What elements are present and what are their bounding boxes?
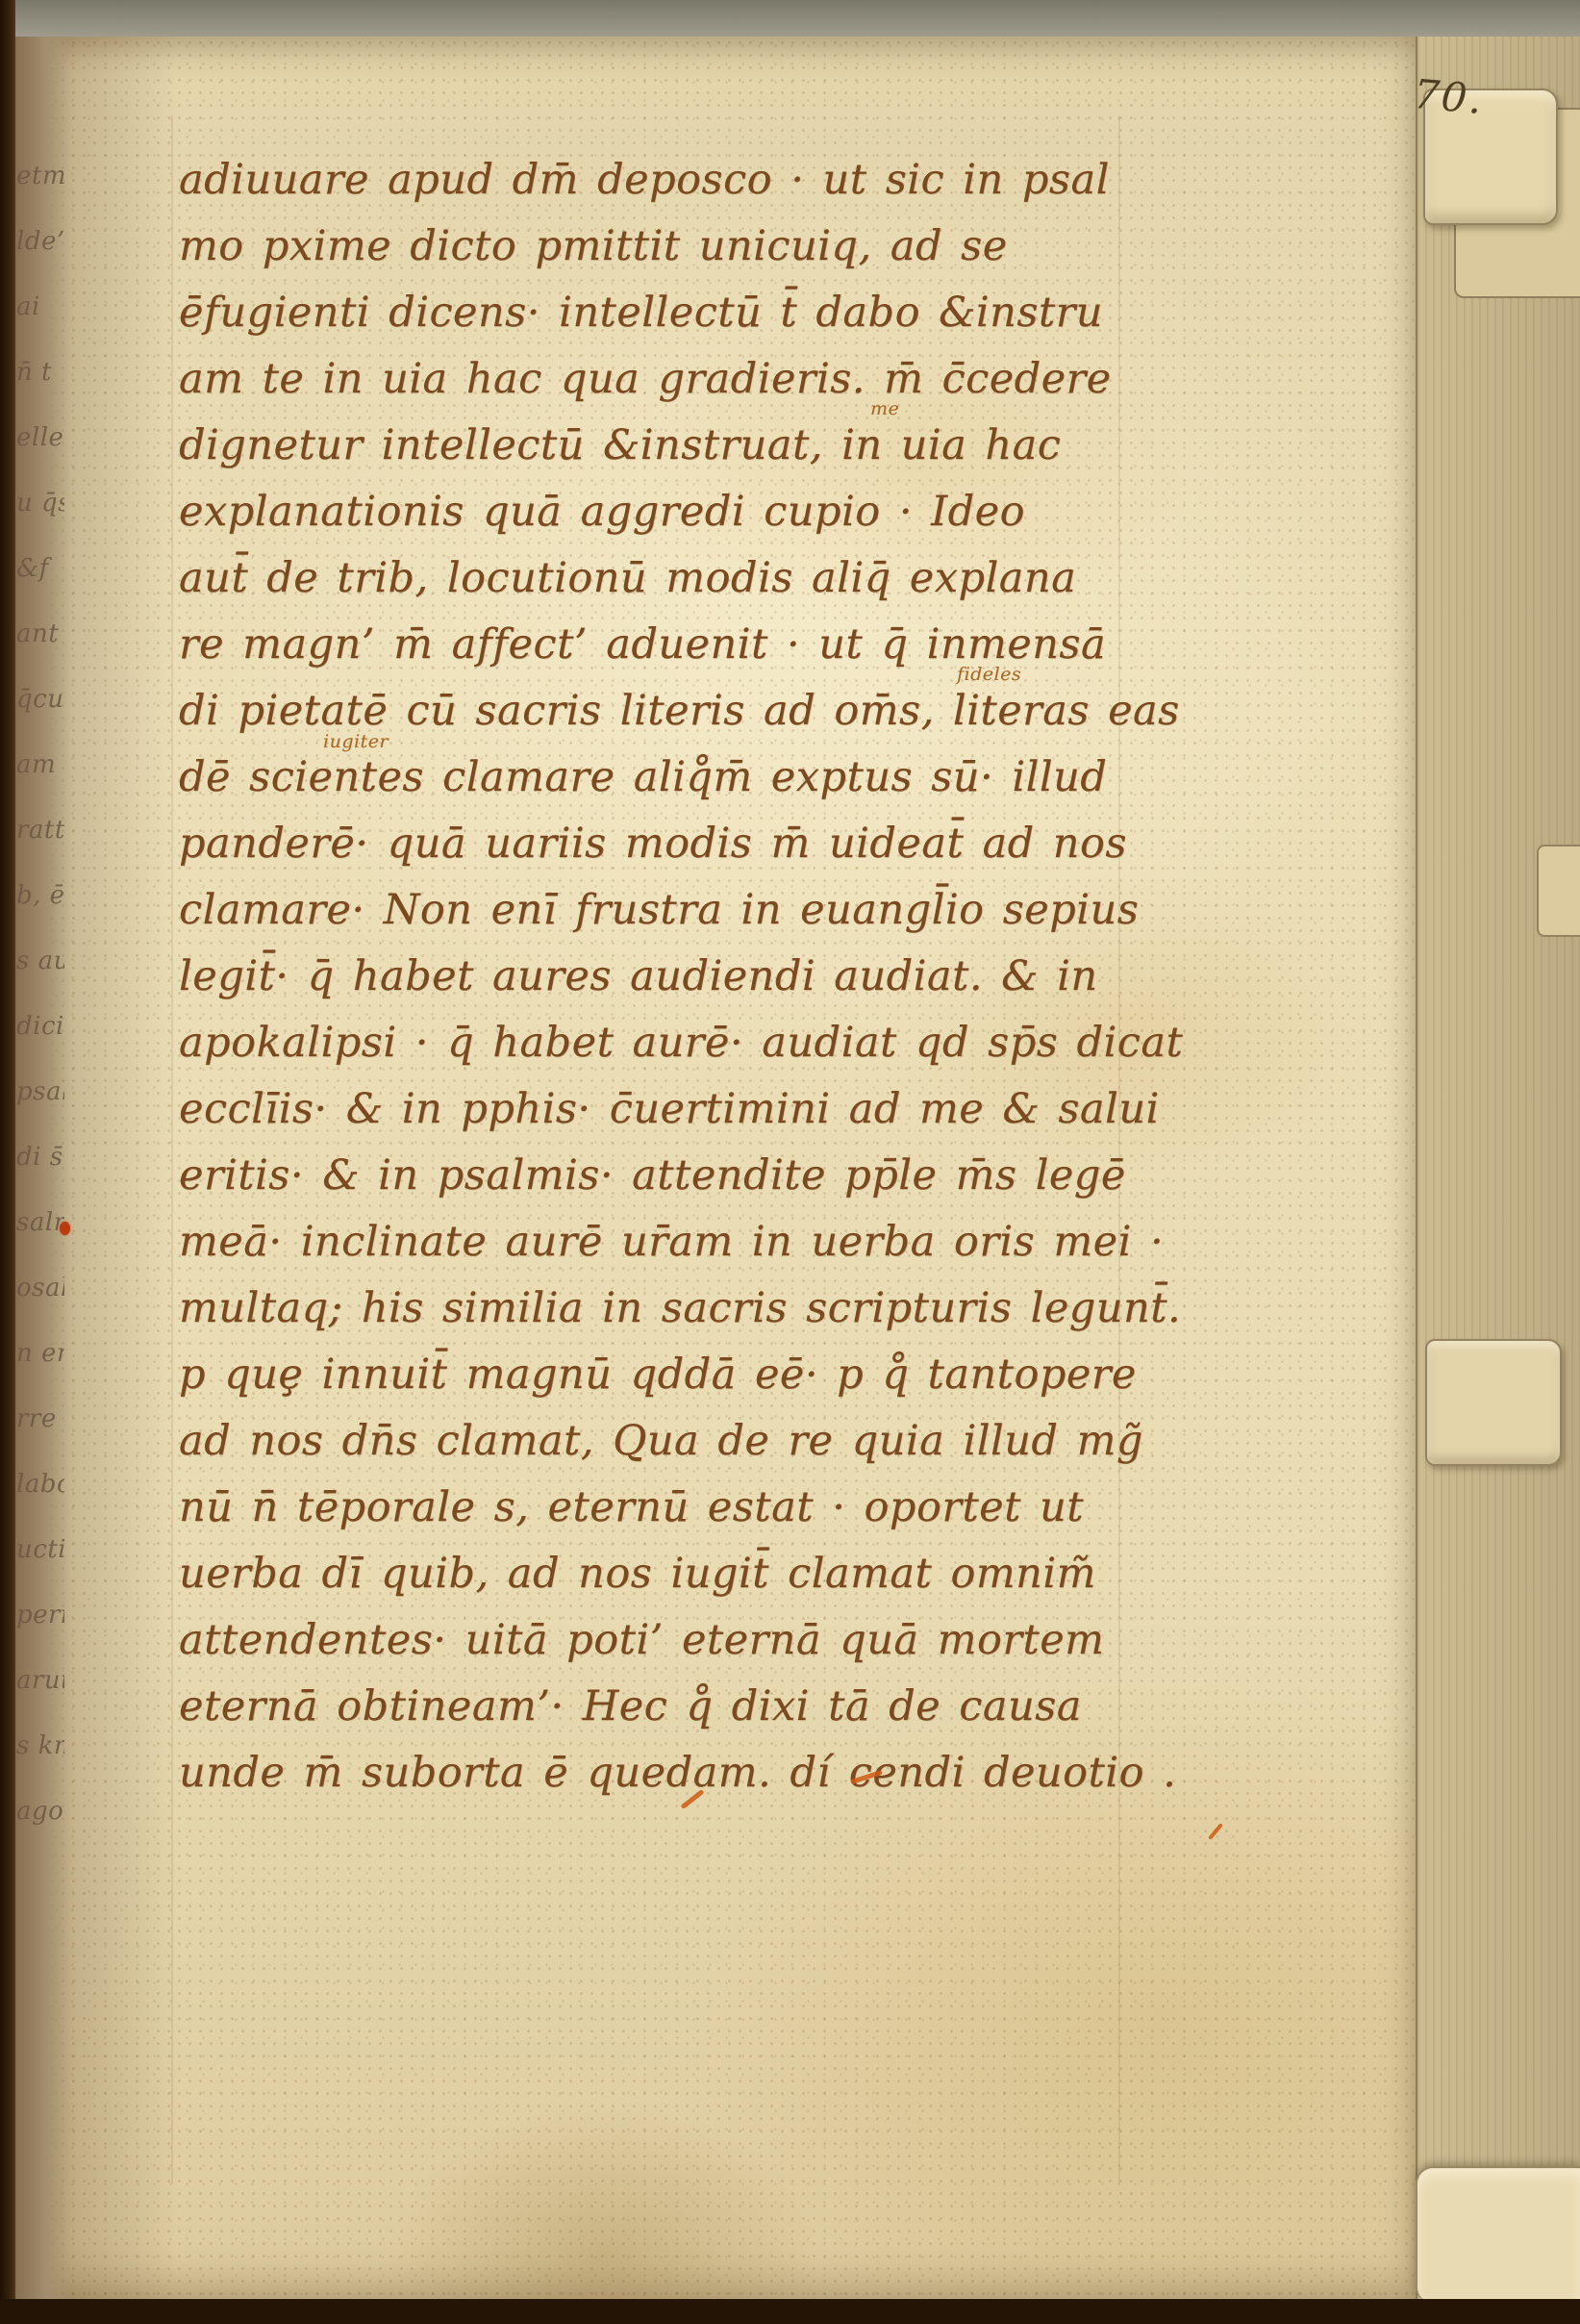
text-line: explanationis quā aggredi cupio · Ideo — [179, 488, 1314, 554]
text-line: nū n̄ tēporale s, eternū estat · oportet… — [179, 1483, 1314, 1550]
text-line: ecclīis· & in pphis· c̄uertimini ad me &… — [179, 1085, 1314, 1151]
text-line: aut̄ de trib, locutionū modis aliq̄ expl… — [179, 554, 1314, 620]
margin-fragment: am — [16, 750, 64, 793]
text-line: attendentes· uitā poti’ eternā quā morte… — [179, 1616, 1314, 1682]
text-line: legit̄· q̄ habet aures audiendi audiat. … — [179, 952, 1314, 1019]
text-line: unde m̄ suborta ē quedam. dí cendi deuot… — [179, 1749, 1314, 1815]
margin-fragment: u q̄s — [16, 489, 64, 531]
text-line: ad nos dn̄s clamat, Qua de re quia illud… — [179, 1417, 1314, 1483]
red-margin-dot — [60, 1222, 70, 1235]
ruling-line-left — [171, 115, 173, 2184]
margin-fragment: &f — [16, 554, 64, 596]
folio-number: 70. — [1412, 70, 1486, 123]
photo-background-bottom — [0, 2299, 1580, 2324]
text-line: eternā obtineam’· Hec q̊ dixi tā de caus… — [179, 1682, 1314, 1749]
text-line: multaq; his similia in sacris scripturis… — [179, 1284, 1314, 1351]
text-line: re magn’ m̄ affect’ aduenit · ut q̄ inme… — [179, 620, 1314, 687]
margin-fragment: osalm — [16, 1274, 64, 1316]
margin-fragment: arutl — [16, 1666, 64, 1708]
margin-fragment: psalm — [16, 1077, 64, 1120]
margin-fragment: labor — [16, 1470, 64, 1512]
margin-fragment: s aui — [16, 947, 64, 989]
text-line: ēfugienti dicens· intellectū t̄ dabo &in… — [179, 289, 1314, 355]
margin-fragment: peri pos — [16, 1601, 64, 1643]
text-line: p quȩ innuit̄ magnū qddā eē· p q̊ tantop… — [179, 1351, 1314, 1417]
fore-edge-stack — [1416, 37, 1580, 2299]
margin-fragment: agolla — [16, 1797, 64, 1839]
margin-fragment: elle — [16, 423, 64, 466]
photo-background-top — [0, 0, 1580, 38]
interlinear-gloss-me: me — [870, 398, 899, 419]
margin-fragment: dici m — [16, 1012, 64, 1054]
fore-edge-tab-lower — [1425, 1339, 1562, 1466]
book-binding-edge — [0, 0, 15, 2324]
text-line: eritis· & in psalmis· attendite pp̄le m̄… — [179, 1151, 1314, 1218]
margin-fragment: ai — [16, 292, 64, 335]
text-line: apokalipsi · q̄ habet aurē· audiat qd sp… — [179, 1019, 1314, 1085]
margin-fragment: ratton — [16, 816, 64, 858]
manuscript-photo: 70. etm lde’ ai n̄ t elle u q̄s &f ant q… — [0, 0, 1580, 2324]
margin-fragment: q̄cue — [16, 685, 64, 727]
margin-fragment: di s̄. l — [16, 1143, 64, 1185]
text-line: am te in uia hac qua gradieris. m̄ c̄ced… — [179, 355, 1314, 421]
text-line: adiuuare apud dm̄ deposco · ut sic in ps… — [179, 156, 1314, 222]
margin-fragment: etm — [16, 162, 64, 204]
text-line: meā· inclinate aurē ur̄am in uerba oris … — [179, 1218, 1314, 1284]
margin-fragment: b, ēstr — [16, 881, 64, 923]
text-line: uerba dī quib, ad nos iugit̄ clamat omni… — [179, 1550, 1314, 1616]
text-line: panderē· quā uariis modis m̄ uideat̄ ad … — [179, 820, 1314, 886]
margin-fragment: lde’ — [16, 227, 64, 269]
text-line: dignetur intellectū &instruat, in uia ha… — [179, 421, 1314, 488]
fore-edge-tab-middle — [1537, 845, 1580, 937]
text-line: clamare· Non enī frustra in euangl̄io se… — [179, 886, 1314, 952]
text-line: dē scientes clamare aliq̊m̄ exptus sū· i… — [179, 753, 1314, 820]
interlinear-gloss-fideles: fideles — [957, 664, 1021, 685]
margin-fragment: s km — [16, 1731, 64, 1774]
margin-fragment: ant — [16, 619, 64, 662]
margin-fragment: n em p — [16, 1339, 64, 1381]
margin-fragment: rre pos — [16, 1404, 64, 1447]
margin-fragment: n̄ t — [16, 358, 64, 400]
margin-fragment: uctioni — [16, 1535, 64, 1578]
text-line: mo pxime dicto pmittit unicuiq, ad se — [179, 222, 1314, 289]
interlinear-gloss-iugiter: iugiter — [323, 731, 389, 752]
page-corner-curl — [1416, 2166, 1580, 2301]
margin-fragment: salmis — [16, 1208, 64, 1250]
